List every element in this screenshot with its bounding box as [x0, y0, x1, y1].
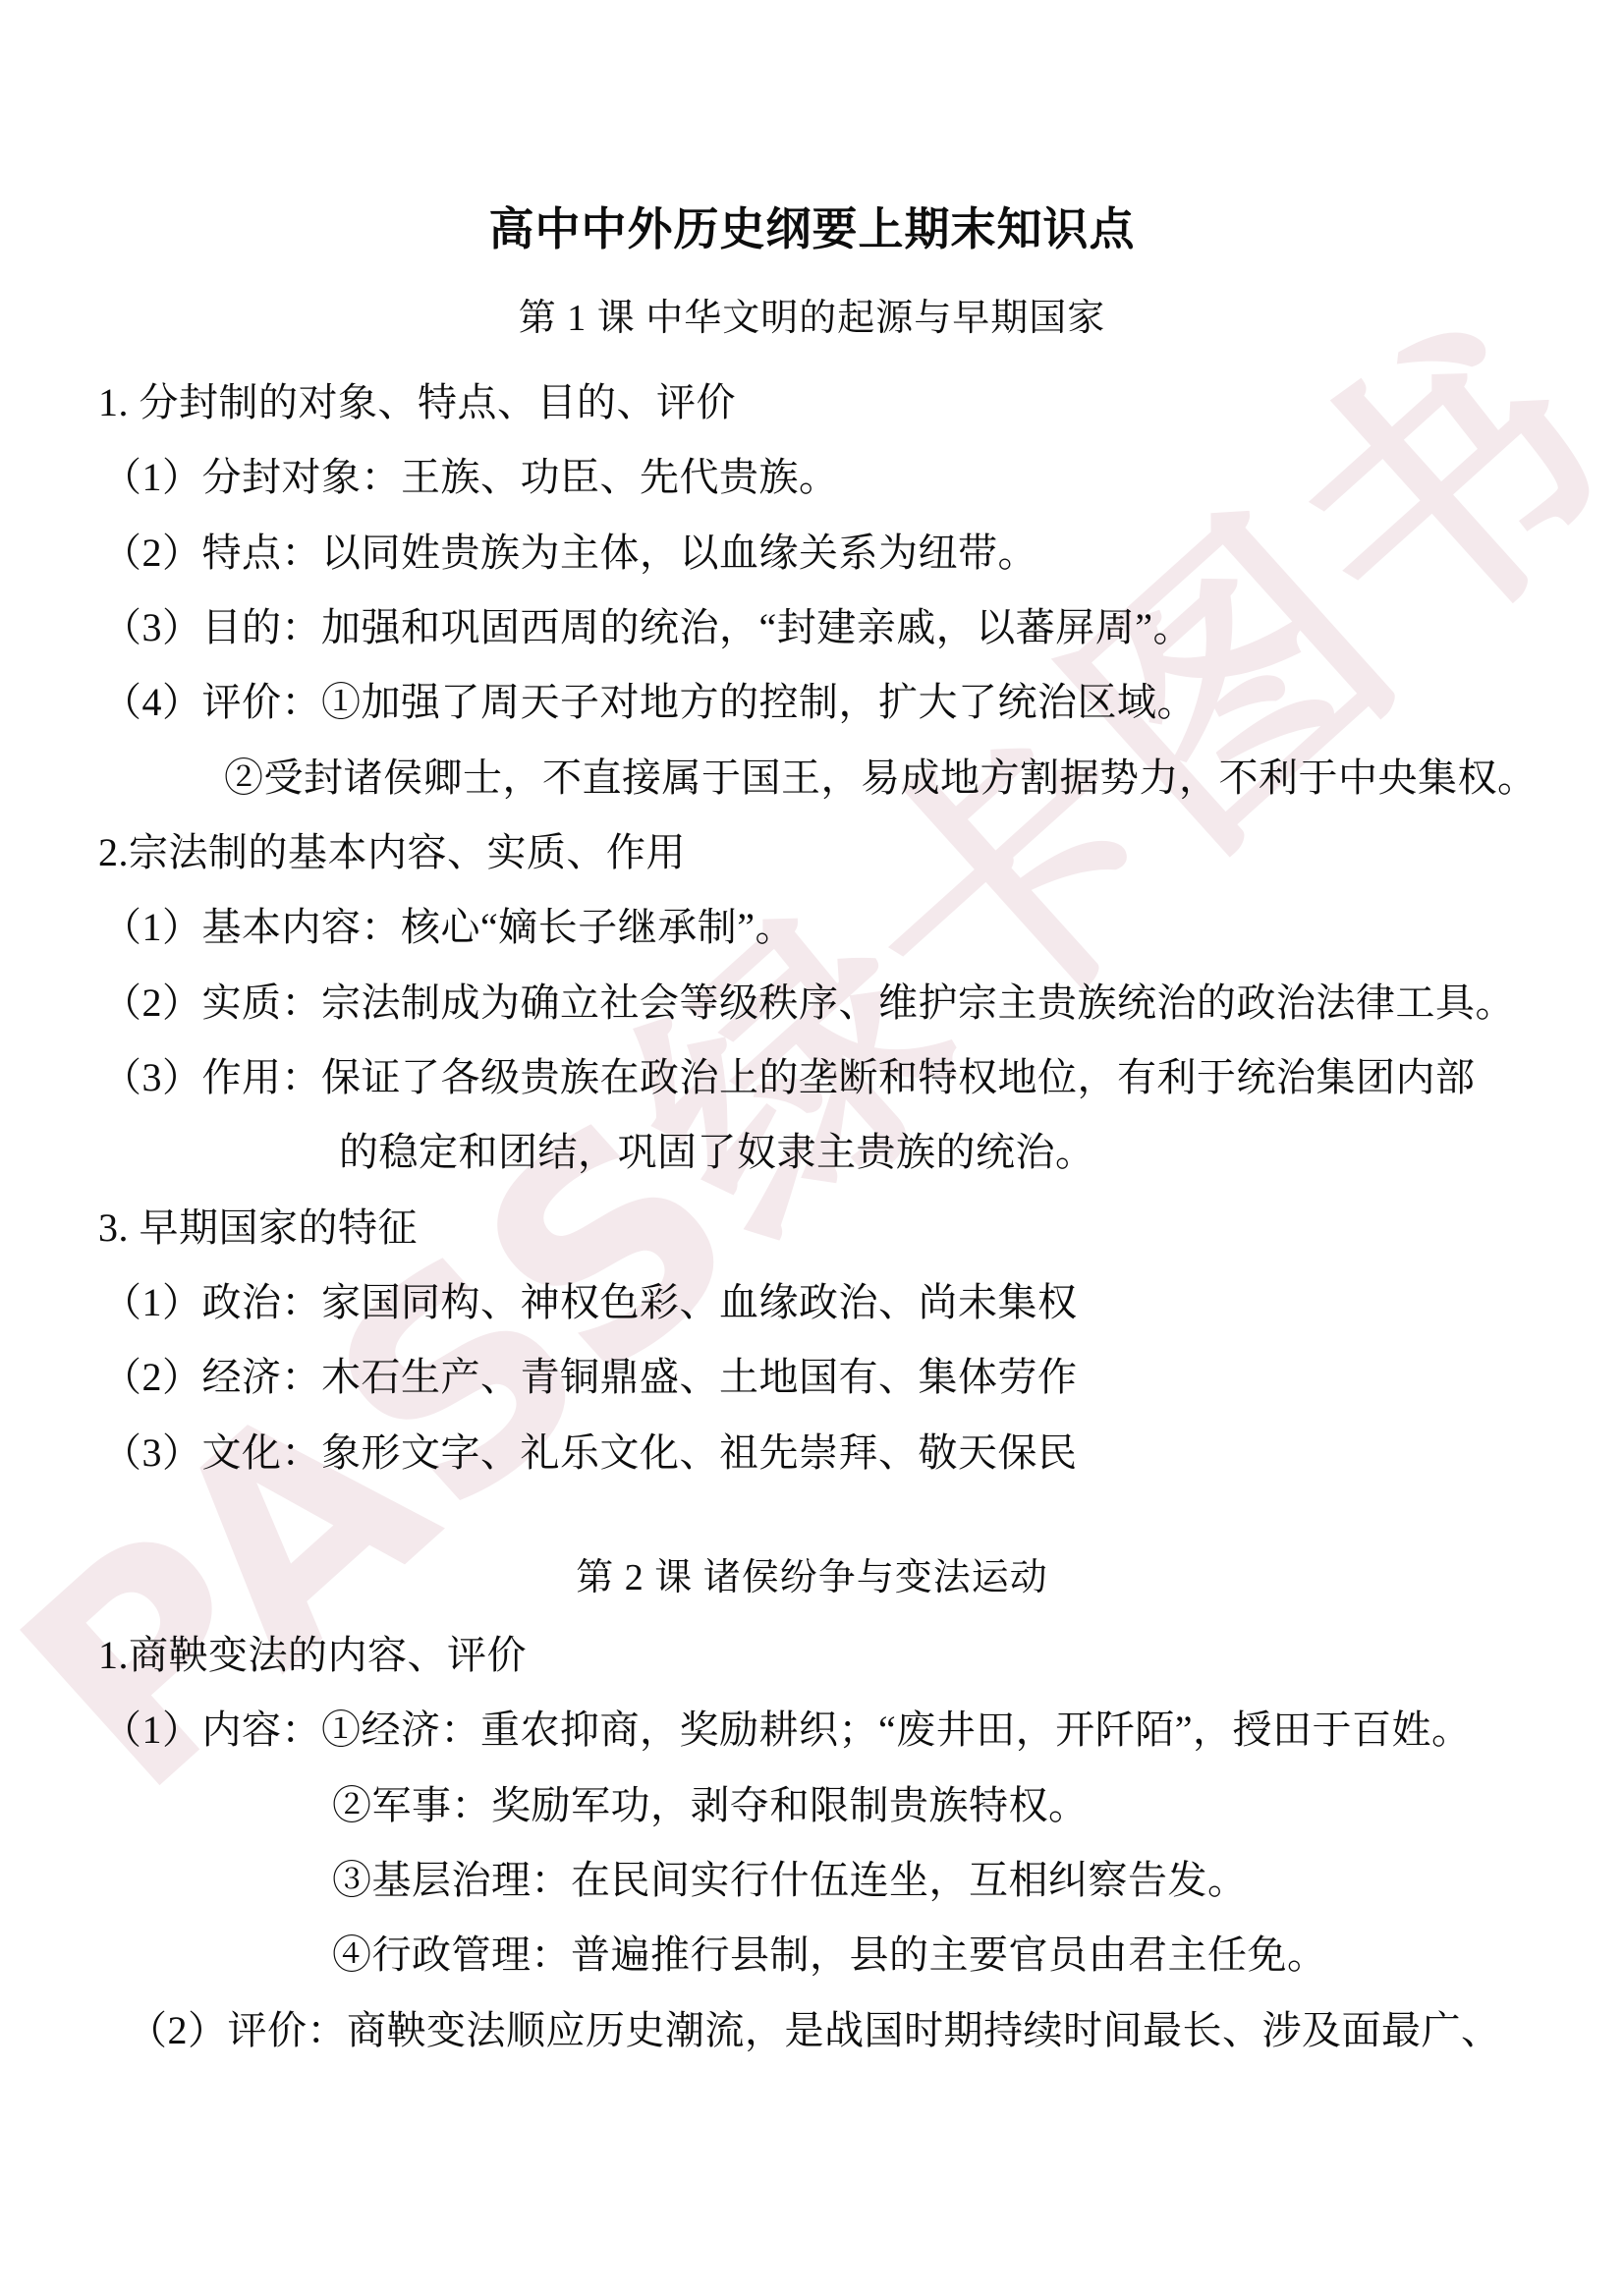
text-line: ③基层治理：在民间实行什伍连坐，互相纠察告发。: [332, 1858, 1248, 1903]
text-line: （2）经济：木石生产、青铜鼎盛、土地国有、集体劳作: [102, 1355, 1078, 1400]
text-line: （2）实质：宗法制成为确立社会等级秩序、维护宗主贵族统治的政治法律工具。: [102, 980, 1515, 1026]
text-line: （4）评价：①加强了周天子对地方的控制，扩大了统治区域。: [102, 680, 1197, 725]
text-line: 3. 早期国家的特征: [98, 1205, 418, 1251]
text-line: 的稳定和团结，巩固了奴隶主贵族的统治。: [339, 1130, 1095, 1175]
text-line: （1）政治：家国同构、神权色彩、血缘政治、尚未集权: [102, 1280, 1078, 1325]
lesson-2-heading: 第 2 课 诸侯纷争与变法运动: [0, 1556, 1624, 1601]
text-line: （1）分封对象：王族、功臣、先代贵族。: [102, 455, 839, 500]
text-line: （2）特点：以同姓贵族为主体，以血缘关系为纽带。: [102, 531, 1037, 576]
text-line: （2）评价：商鞅变法顺应历史潮流，是战国时期持续时间最长、涉及面最广、: [128, 2008, 1501, 2053]
lesson-1-heading: 第 1 课 中华文明的起源与早期国家: [0, 297, 1624, 342]
text-line: （3）目的：加强和巩固西周的统治，“封建亲戚，以蕃屏周”。: [102, 605, 1193, 650]
text-line: （3）文化：象形文字、礼乐文化、祖先崇拜、敬天保民: [102, 1430, 1078, 1476]
text-line: ②受封诸侯卿士，不直接属于国王，易成地方割据势力，不利于中央集权。: [224, 756, 1538, 801]
text-line: 1.商鞅变法的内容、评价: [98, 1633, 527, 1678]
text-line: 1. 分封制的对象、特点、目的、评价: [98, 380, 736, 425]
text-line: （3）作用：保证了各级贵族在政治上的垄断和特权地位，有利于统治集团内部: [102, 1055, 1476, 1100]
document-title: 高中中外历史纲要上期末知识点: [0, 201, 1624, 258]
document-content: 高中中外历史纲要上期末知识点 第 1 课 中华文明的起源与早期国家 1. 分封制…: [0, 0, 1624, 2296]
document-page: PASS绿卡图书 高中中外历史纲要上期末知识点 第 1 课 中华文明的起源与早期…: [0, 0, 1624, 2296]
text-line: （1）内容：①经济：重农抑商，奖励耕织；“废井田，开阡陌”，授田于百姓。: [102, 1708, 1472, 1753]
text-line: ④行政管理：普遍推行县制，县的主要官员由君主任免。: [332, 1932, 1327, 1978]
text-line: 2.宗法制的基本内容、实质、作用: [98, 830, 686, 875]
text-line: ②军事：奖励军功，剥夺和限制贵族特权。: [332, 1783, 1089, 1828]
text-line: （1）基本内容：核心“嫡长子继承制”。: [102, 905, 795, 950]
